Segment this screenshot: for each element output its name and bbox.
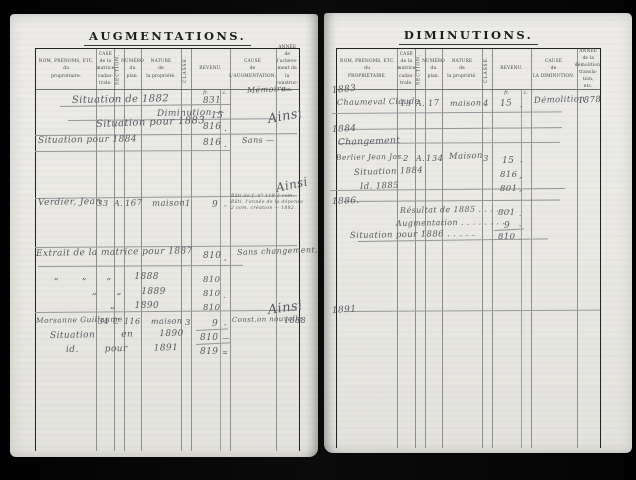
hw-revenu-9-b: 9 [212, 320, 218, 329]
hw-situation-1884: Situation pour 1884 [38, 135, 137, 146]
hw-annee-1878: 1878 [578, 96, 602, 106]
hw-name-morsanne: Morsanne Guillaume [36, 315, 123, 324]
hw-id-pour-1891: id. pour 1891 [66, 344, 178, 355]
hw-annee-1888: 1888 [284, 317, 306, 325]
hw-id-1885: Id. 1885 [360, 182, 399, 192]
hw-revenu-15-b: 15 [500, 99, 513, 109]
hw-section-c: C [113, 318, 120, 326]
hw-memoire: Mémoire [247, 85, 287, 95]
hw-revenu-810-r: 810 [498, 233, 515, 242]
pencil-line [38, 265, 243, 267]
hw-revenu-810-e: 810 [200, 334, 218, 343]
hw-cents-r6: - [519, 223, 522, 230]
hw-cents-e: , [224, 254, 227, 262]
hw-sans-1884: Sans — [242, 136, 275, 145]
pencil-line [344, 310, 600, 312]
hw-cents-r5: . [519, 211, 522, 218]
hw-cents-r7: . [519, 235, 522, 242]
hw-extrait-1887: Extrait de la matrice pour 1887 [36, 247, 193, 259]
hw-cents-r1: - [520, 103, 523, 111]
hw-classe-1: 1 [185, 200, 191, 209]
hw-plan-167: 167 [125, 199, 143, 208]
hw-section-a: A. [114, 200, 123, 208]
hw-revenu-810-b: 810 [203, 276, 220, 285]
hw-revenu-831: 831 [203, 96, 222, 106]
hw-nature-maison-1: maison [152, 199, 185, 208]
hw-section-a-2: A. [416, 100, 425, 108]
hw-cents-b: . [224, 141, 227, 150]
hw-revenu-816-a: 816 [203, 123, 221, 132]
hw-cents-r3: „ [519, 173, 523, 180]
pencil-line [344, 199, 560, 202]
hw-classe-3: 3 [185, 319, 191, 328]
hw-section-a-3: A. [416, 155, 425, 163]
hw-revenu-801-a: 801 [500, 185, 517, 194]
hw-nature-maison-2: maison [151, 317, 183, 326]
hw-situation-en-1890: Situation en 1890 [50, 330, 184, 341]
hw-revenu-816-b: 816 [203, 139, 221, 148]
hw-cents-i: = [222, 350, 228, 357]
hw-revenu-810-a: 810 [203, 252, 221, 261]
hw-plan-116: 116 [124, 318, 140, 326]
hw-cause-verdier-1: Bâti de f. n° 118 2 com. [231, 195, 294, 200]
pencil-line [332, 111, 562, 114]
hw-name-verdier: Verdier, Jean [38, 198, 102, 208]
hw-name-berlier: Berlier Jean Jos. [336, 153, 405, 162]
pencil-line [35, 310, 297, 313]
hw-nature-maison-4: Maison [449, 152, 483, 162]
hw-year-1883: 1883 [332, 84, 357, 96]
hw-case-33: 33 [97, 200, 109, 209]
hw-cents-g: - [224, 321, 227, 329]
hw-revenu-15-c: 15 [502, 157, 514, 166]
hw-revenu-9-r: 9 [504, 222, 510, 231]
hw-classe-4: 4 [483, 100, 489, 109]
hw-resultat-1885: Résultat de 1885 . . . . . . [400, 205, 511, 215]
hw-year-1891: 1891 [332, 305, 357, 316]
hw-situation-1883: Situation pour 1883 [96, 116, 205, 130]
hw-classe-3-b: 3 [483, 155, 489, 164]
hw-case-34: 34 [98, 318, 109, 326]
hw-year-1884: 1884 [332, 125, 357, 135]
hw-ditto-1888: „ „ „ 1888 [54, 273, 159, 282]
hw-augmentation: Augmentation . . . . . . . . [396, 218, 505, 228]
pencil-line [35, 150, 230, 152]
page-augmentations: AUGMENTATIONS. NOM, PRÉNOMS, ETC. du pro… [10, 14, 318, 457]
hw-sans-changement: Sans changement, [237, 246, 318, 257]
hw-ainsi-1: Ainsi [267, 107, 303, 126]
hw-situation-1882: Situation de 1882 [72, 94, 169, 106]
hw-revenu-9-a: 9 [212, 201, 218, 210]
hw-cents-a: . [224, 125, 227, 134]
hw-plan-134: 134 [426, 155, 443, 164]
hw-cause-verdier-2: Bâti, l'année de la dépense [231, 201, 303, 206]
hw-revenu-810-c: 810 [203, 290, 220, 299]
hw-ainsi-2: Ainsi [275, 175, 309, 193]
hw-nature-maison-3: maison [450, 99, 482, 108]
hw-revenu-819: 819 [200, 348, 218, 357]
hw-ditto-1889: „ „ 1889 [92, 288, 166, 297]
handwriting-layer-right: 1883Chaumeval Claude13A.17maison415-Démo… [324, 13, 632, 453]
handwriting-layer-left: Situation de 1882831MémoireDiminution —1… [10, 14, 318, 457]
hw-situation-1884-r: Situation 1884 [354, 167, 423, 178]
hw-case-2: 2 [403, 155, 409, 164]
hw-revenu-816-r: 816 [500, 171, 517, 180]
hw-changement: Changement [338, 137, 400, 148]
hw-cents-r2: - [520, 158, 523, 166]
hw-year-1886: 1886. [332, 197, 360, 207]
hw-revenu-810-d: 810 [203, 304, 220, 313]
hw-cents-c: - [224, 202, 227, 210]
hw-case-13: 13 [400, 100, 412, 109]
hw-cents-h: — [222, 335, 229, 342]
hw-situation-pour-1886: Situation pour 1886 . . . . . [350, 230, 475, 241]
hw-revenu-15: 15 [211, 112, 223, 121]
hw-cents-f: . [223, 292, 226, 300]
hw-cents-r4: „ [519, 186, 523, 193]
hw-plan-17: 17 [428, 99, 440, 108]
pencil-line [344, 127, 562, 130]
page-diminutions: DIMINUTIONS. NOM, PRÉNOMS, ETC. du PROPR… [324, 13, 632, 453]
hw-cause-verdier-3: 2 com. création — 1882. [231, 207, 296, 212]
hw-ditto-1890: „ 1890 [110, 302, 159, 311]
